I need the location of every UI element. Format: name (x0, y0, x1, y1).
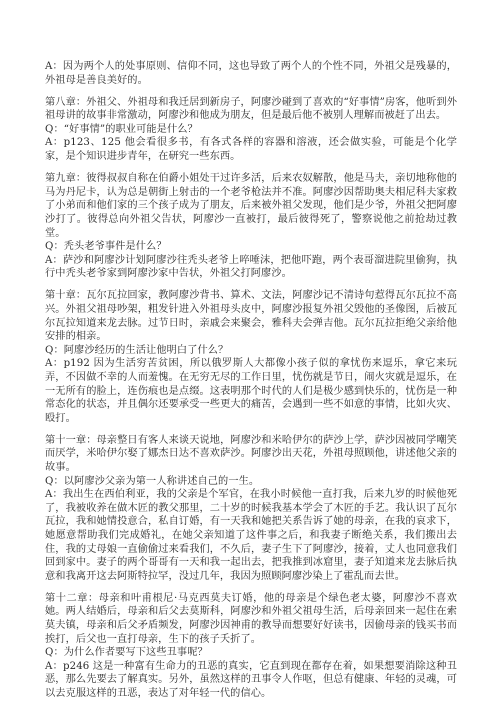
question-text: Q：阿廖沙经历的生活让他明白了什么？ (45, 344, 457, 358)
document-page: A：因为两个人的处事原则、信仰不同，这也导致了两个人的个性不同，外祖父是残暴的，… (45, 60, 457, 707)
chapter-summary: 第十章：瓦尔瓦拉回家，教阿廖沙背书、算术、文法，阿廖沙记不清诗句惹得瓦尔瓦拉不高… (45, 289, 457, 343)
answer-text: A：p246 这是一种富有生命力的丑恶的真实，它直到现在都存在着，如果想要消除这… (45, 660, 457, 701)
paragraph-chapter11: 第十一章：母亲整日有客人来谈天说地，阿廖沙和米哈伊尔的萨沙上学，萨沙因被同学嘲笑… (45, 434, 457, 584)
answer-text: A：我出生在西伯利亚，我的父亲是个军官，在我小时候他一直打我，后来九岁的时候他死… (45, 488, 457, 583)
paragraph-chapter7-answer: A：因为两个人的处事原则、信仰不同，这也导致了两个人的个性不同，外祖父是残暴的，… (45, 60, 457, 87)
paragraph-chapter10: 第十章：瓦尔瓦拉回家，教阿廖沙背书、算术、文法，阿廖沙记不清诗句惹得瓦尔瓦拉不高… (45, 289, 457, 425)
chapter-summary: 第九章：彼得叔叔自称在伯爵小姐处干过许多活，后来农奴解散，他是马夫，亲切地称他的… (45, 172, 457, 240)
question-text: Q：为什么作者要写下这些丑事呢？ (45, 646, 457, 660)
question-text: Q：以阿廖沙父亲为第一人称讲述自己的一生。 (45, 475, 457, 489)
answer-text: A：p123、125 他会看很多书，有各式各样的容器和溶液，还会做实验，可能是个… (45, 136, 457, 163)
answer-text: A：p192 因为生活穷苦贫困，所以俄罗斯人大都像小孩子似的拿忧伤来逗乐，拿它来… (45, 357, 457, 425)
answer-text: A：萨沙和阿廖沙计划阿廖沙往秃头老爷上啐唾沫，把他吓跑，两个表哥溜进院里偷狗，执… (45, 254, 457, 281)
chapter-summary: 第十二章：母亲和叶甫根尼·马克西莫夫订婚，他的母亲是个绿色老太婆，阿廖沙不喜欢她… (45, 592, 457, 646)
answer-text: A：因为两个人的处事原则、信仰不同，这也导致了两个人的个性不同，外祖父是残暴的，… (45, 60, 457, 87)
paragraph-chapter12: 第十二章：母亲和叶甫根尼·马克西莫夫订婚，他的母亲是个绿色老太婆，阿廖沙不喜欢她… (45, 592, 457, 701)
chapter-summary: 第八章：外祖父、外祖母和我迁居到新房子，阿廖沙碰到了喜欢的“好事情”房客，他听到… (45, 96, 457, 123)
paragraph-chapter9: 第九章：彼得叔叔自称在伯爵小姐处干过许多活，后来农奴解散，他是马夫，亲切地称他的… (45, 172, 457, 281)
question-text: Q：秃头老爷事件是什么？ (45, 240, 457, 254)
chapter-summary: 第十一章：母亲整日有客人来谈天说地，阿廖沙和米哈伊尔的萨沙上学，萨沙因被同学嘲笑… (45, 434, 457, 475)
paragraph-chapter8: 第八章：外祖父、外祖母和我迁居到新房子，阿廖沙碰到了喜欢的“好事情”房客，他听到… (45, 96, 457, 164)
question-text: Q：“好事情”的职业可能是什么？ (45, 123, 457, 137)
